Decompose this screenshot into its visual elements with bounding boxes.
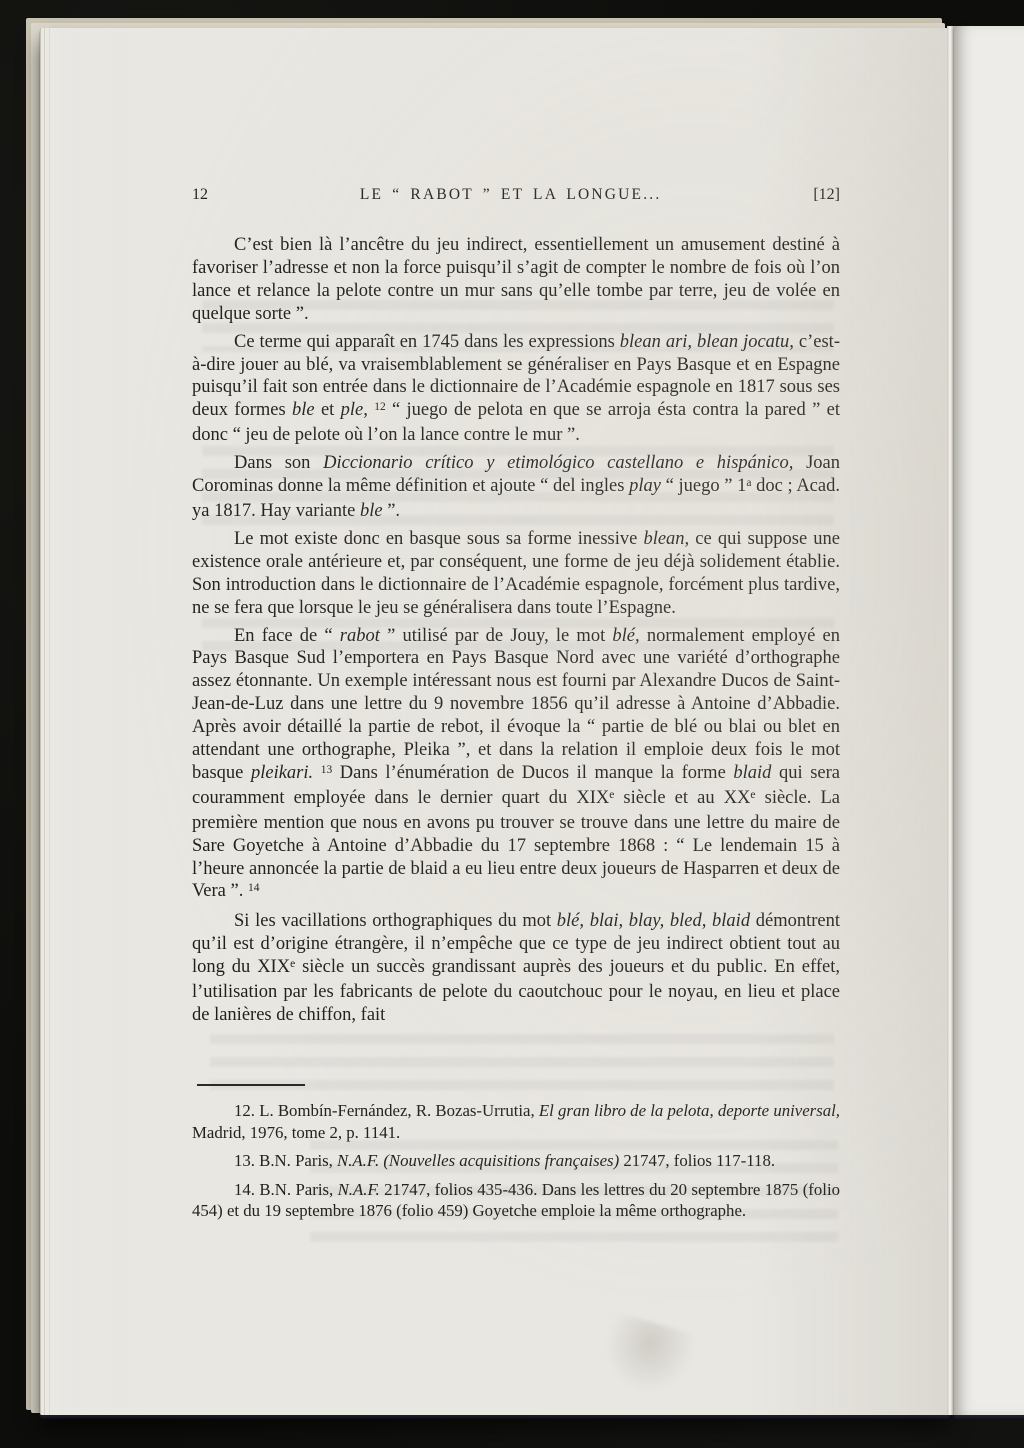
footnote-separator xyxy=(197,1084,305,1086)
paragraph: Ce terme qui apparaît en 1745 dans les e… xyxy=(192,331,840,448)
footnotes-list: 12. L. Bombín-Fernández, R. Bozas-Urruti… xyxy=(192,1100,840,1222)
photo-background: 12 LE “ RABOT ” ET LA LONGUE... [12] C’e… xyxy=(0,0,1024,1448)
folio-number-right: [12] xyxy=(813,186,840,204)
paragraph: C’est bien là l’ancêtre du jeu indirect,… xyxy=(192,234,840,326)
folio-number-left: 12 xyxy=(192,186,208,204)
footnotes: 12. L. Bombín-Fernández, R. Bozas-Urruti… xyxy=(192,1084,840,1229)
paragraph: Le mot existe donc en basque sous sa for… xyxy=(192,528,840,620)
body-text: C’est bien là l’ancêtre du jeu indirect,… xyxy=(192,234,840,1032)
facing-page-sliver xyxy=(954,26,1024,1415)
footnote: 14. B.N. Paris, N.A.F. 21747, folios 435… xyxy=(192,1179,840,1222)
paragraph: En face de “ rabot ” utilisé par de Jouy… xyxy=(192,625,840,906)
footnote: 12. L. Bombín-Fernández, R. Bozas-Urruti… xyxy=(192,1100,840,1143)
footnote: 13. B.N. Paris, N.A.F. (Nouvelles acquis… xyxy=(192,1150,840,1172)
book-page: 12 LE “ RABOT ” ET LA LONGUE... [12] C’e… xyxy=(40,28,950,1415)
book-gutter-fold xyxy=(947,26,954,1415)
paragraph: Dans son Diccionario crítico y etimológi… xyxy=(192,452,840,523)
paragraph: Si les vacillations orthographiques du m… xyxy=(192,910,840,1027)
page-header: 12 LE “ RABOT ” ET LA LONGUE... [12] xyxy=(192,186,840,204)
running-title: LE “ RABOT ” ET LA LONGUE... xyxy=(208,186,813,204)
paper-crease xyxy=(590,1310,703,1408)
